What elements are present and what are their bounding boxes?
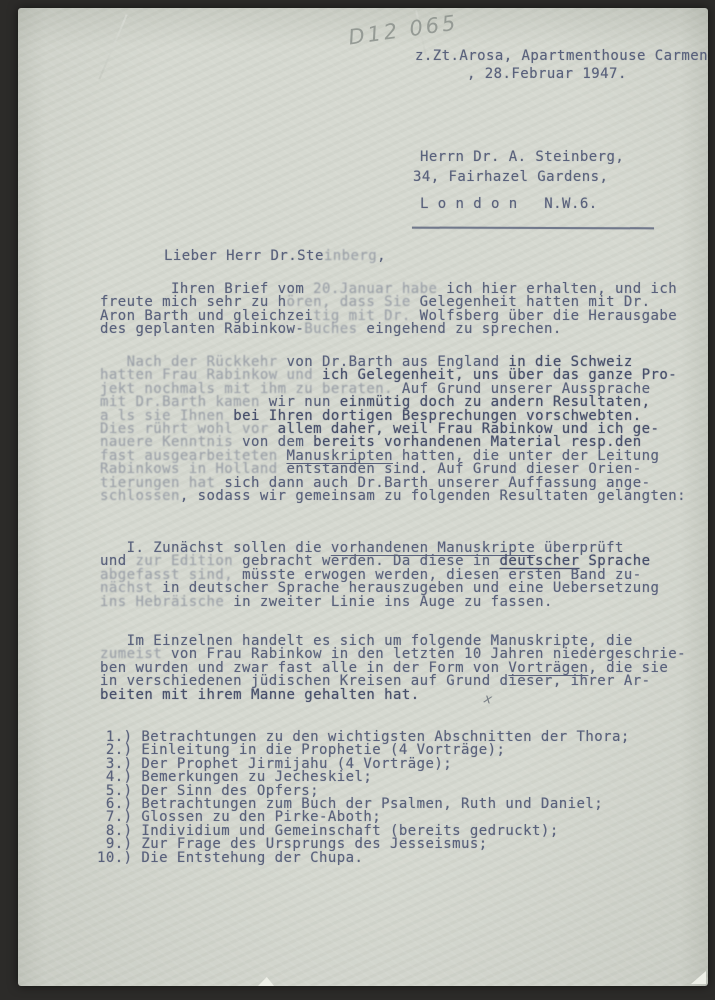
paragraph-2: Nach der Rückkehr von Dr.Barth aus Engla… (100, 356, 686, 503)
text-line: des geplanten Rabinkow-Buches eingehend … (100, 323, 677, 336)
text-line: beiten mit ihrem Manne gehalten hat. (100, 689, 686, 702)
text-line: schlossen, sodass wir gemeinsam zu folge… (100, 490, 686, 503)
paragraph-3-point-I: I. Zunächst sollen die vorhandenen Manus… (100, 542, 659, 609)
recipient-name: Herrn Dr. A. Steinberg, (420, 151, 624, 164)
sender-location-line: z.Zt.Arosa, Apartmenthouse Carmen (415, 50, 708, 63)
recipient-street: 34, Fairhazel Gardens, (413, 171, 608, 184)
paragraph-1: Ihren Brief vom 20.Januar habe ich hier … (100, 283, 677, 337)
letter-date-line: , 28.Februar 1947. (467, 68, 627, 81)
text-line: ins Hebräische in zweiter Linie ins Auge… (100, 596, 659, 609)
recipient-city: L o n d o n N.W.6. (420, 198, 598, 211)
list-item: 10.) Die Entstehung der Chupa. (97, 852, 630, 865)
paragraph-4: Im Einzelnen handelt es sich um folgende… (100, 635, 686, 702)
letter-scan-stage: D12 065 z.Zt.Arosa, Apartmenthouse Carme… (0, 0, 715, 1000)
text-line: Lieber Herr Dr.Steinberg, (164, 250, 386, 263)
manuscript-numbered-list: 1.) Betrachtungen zu den wichtigsten Abs… (97, 731, 630, 865)
salutation: Lieber Herr Dr.Steinberg, (164, 250, 386, 263)
